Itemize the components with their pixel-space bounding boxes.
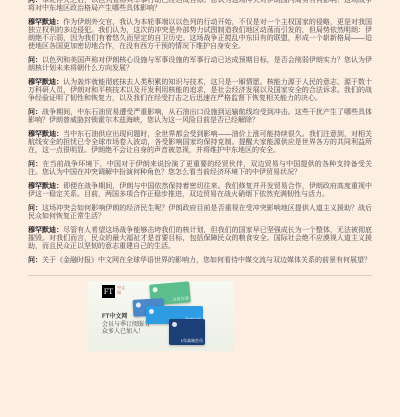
answer-paragraph: 穆罕默迪：作为伊朗外交官，我认为本轮事端以以色列的行动开始，不仅是对一个主权国家…	[28, 19, 372, 51]
answer-paragraph: 穆罕默迪：尽管有人希望这场战争能够击垮我们的核计划，但我们的国家早已坚强成长为一…	[28, 227, 372, 251]
promo-subtitle: 会员与季订阅服务	[102, 322, 150, 330]
ft-logo-suffix-label: 中文网	[117, 286, 127, 295]
speaker-label: 问：	[28, 257, 42, 264]
footer-divider	[28, 275, 372, 276]
question-paragraph: 问：本轮停火之后，以色列宣称其军事行动已经达成目标。您认为这场冲突对伊朗国内局势…	[28, 0, 372, 13]
question-paragraph: 问：战争期间，中东石油贸易遭受严重影响，从石油出口设施到运输航线均受到冲击。这些…	[28, 109, 372, 125]
speaker-label: 问：	[28, 109, 42, 116]
speaker-label: 穆罕默迪：	[28, 19, 63, 26]
card-dot-icon	[152, 287, 157, 292]
ft-logo: FT	[102, 285, 115, 298]
speaker-label: 问：	[28, 57, 42, 64]
promo-caption: 众多人已加入！	[102, 329, 150, 337]
speaker-label: 穆罕默迪：	[28, 131, 63, 138]
speaker-label: 问：	[28, 205, 42, 212]
card-dot-icon	[136, 302, 141, 307]
speaker-label: 问：	[28, 161, 42, 168]
card-label: 会员计划	[172, 295, 188, 301]
promo-text-block: FT中文网 会员与季订阅服务 众多人已加入！	[102, 314, 150, 337]
card-dot-icon	[172, 322, 177, 327]
question-paragraph: 问：这场冲突会如何影响伊朗的经济民生呢？伊朗政府目前是否重视在受冲突影响地区提供…	[28, 205, 372, 221]
article-body: 问：本轮停火之后，以色列宣称其军事行动已经达成目标。您认为这场冲突对伊朗国内局势…	[0, 0, 400, 265]
question-paragraph: 问：关于《金融时报》中文网在全球华语世界的影响力，您如何看待中媒交流与双边媒体关…	[28, 257, 372, 265]
card-dot-icon	[149, 309, 154, 314]
ft-subscription-banner[interactable]: FT 中文网 FT中文网 会员与季订阅服务 众多人已加入！ 会员计划标准会员季度…	[88, 281, 234, 351]
answer-paragraph: 穆罕默迪：当中东石油供应出现问题时，全世界都会受到影响——油价上涨可能持续很久。…	[28, 131, 372, 155]
question-paragraph: 问：在当前战争环境下，中国对于伊朗来说扮演了更重要的经贸伙伴，双边贸易与中国提供…	[28, 161, 372, 177]
speaker-label: 问：	[28, 0, 42, 4]
membership-card: 1年高端会员	[169, 319, 205, 345]
answer-paragraph: 穆罕默迪：认为轰炸就能彻底抹去人类积累的知识与技术，这只是一厢情愿。核能力源于人…	[28, 79, 372, 103]
question-paragraph: 问：以色列和美国声称对伊朗核心设施与军事设施的军事行动已达成预期目标，是否会削弱…	[28, 57, 372, 73]
answer-paragraph: 穆罕默迪：即便在战争期间，伊朗与中国依然保持着密切往来。我们修复并开发贸易合作，…	[28, 183, 372, 199]
speaker-label: 穆罕默迪：	[28, 79, 63, 86]
speaker-label: 穆罕默迪：	[28, 227, 63, 234]
card-label: 1年高端会员	[181, 338, 203, 343]
speaker-label: 穆罕默迪：	[28, 183, 63, 190]
